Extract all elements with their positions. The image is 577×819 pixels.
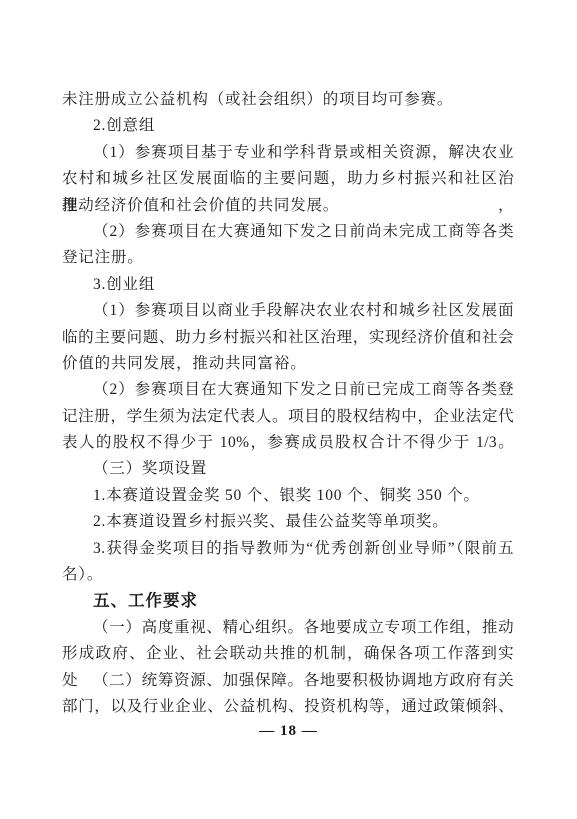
- text-line: 价值的共同发展，推动共同富裕。: [62, 351, 514, 377]
- text-line: 表人的股权不得少于 10%，参赛成员股权合计不得少于 1/3。: [62, 430, 514, 456]
- text-line: 农村和城乡社区发展面临的主要问题，助力乡村振兴和社区治理，: [62, 166, 514, 192]
- text-line: （2）参赛项目在大赛通知下发之日前已完成工商等各类登: [62, 377, 514, 403]
- document-page: 未注册成立公益机构（或社会组织）的项目均可参赛。 2.创意组 （1）参赛项目基于…: [0, 0, 577, 819]
- text-line: 3.获得金奖项目的指导教师为“优秀创新创业导师”（限前五: [62, 536, 514, 562]
- text-line: 2.创意组: [62, 113, 514, 139]
- section-heading: 五、工作要求: [62, 588, 514, 614]
- text-line: 2.本赛道设置乡村振兴奖、最佳公益奖等单项奖。: [62, 509, 514, 535]
- text-line: 部门，以及行业企业、公益机构、投资机构等，通过政策倾斜、: [62, 694, 514, 720]
- text-line: 名）。: [62, 562, 514, 588]
- text-line: 登记注册。: [62, 245, 514, 271]
- document-body: 未注册成立公益机构（或社会组织）的项目均可参赛。 2.创意组 （1）参赛项目基于…: [62, 87, 514, 720]
- text-line: （2）参赛项目在大赛通知下发之日前尚未完成工商等各类: [62, 219, 514, 245]
- text-line: （1）参赛项目基于专业和学科背景或相关资源，解决农业: [62, 140, 514, 166]
- text-line: （二）统筹资源、加强保障。各地要积极协调地方政府有关: [62, 668, 514, 694]
- text-line: 3.创业组: [62, 272, 514, 298]
- text-line: 未注册成立公益机构（或社会组织）的项目均可参赛。: [62, 87, 514, 113]
- text-line: （1）参赛项目以商业手段解决农业农村和城乡社区发展面: [62, 298, 514, 324]
- text-line: （三）奖项设置: [62, 456, 514, 482]
- page-number: — 18 —: [0, 718, 577, 744]
- text-line: 临的主要问题、助力乡村振兴和社区治理，实现经济价值和社会: [62, 325, 514, 351]
- text-line: （一）高度重视、精心组织。各地要成立专项工作组，推动: [62, 615, 514, 641]
- text-line: 1.本赛道设置金奖 50 个、银奖 100 个、铜奖 350 个。: [62, 483, 514, 509]
- text-line: 记注册，学生须为法定代表人。项目的股权结构中，企业法定代: [62, 404, 514, 430]
- text-line: 形成政府、企业、社会联动共推的机制，确保各项工作落到实处。: [62, 641, 514, 667]
